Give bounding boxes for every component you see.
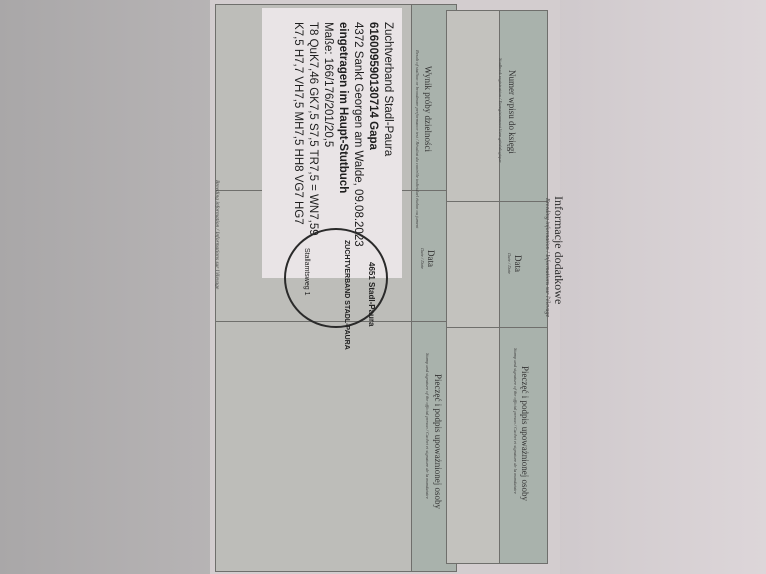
label-line-scores: T8 QuK7,46 GK7,5 S7,5 TR7,5 = WN7,59 [305, 22, 320, 247]
studbook-table [446, 10, 548, 564]
label-line-association: Zuchtverband Stadl-Paura [380, 22, 395, 247]
performance-date-label: Data [426, 250, 436, 267]
performance-stamp-label: Pieczęć i podpis upoważnionej osoby [433, 374, 443, 509]
studbook-stamp-sub: Stamp and signature of the official pers… [513, 348, 518, 494]
stamp-inner-text: ZUCHTVERBAND STADL-PAURA [343, 240, 350, 350]
document-title: Informacje dodatkowe [551, 196, 566, 304]
footer-note: Breeding information / Informations sur … [214, 180, 220, 289]
divider [447, 201, 547, 202]
label-text: Zuchtverband Stadl-Paura 616009590130714… [290, 22, 395, 247]
performance-stamp-sub: Stamp and signature of the official pers… [425, 353, 430, 499]
background-right [555, 0, 766, 574]
studbook-header-sub: Studbook registration / Enregistrement l… [498, 58, 503, 162]
divider [447, 327, 547, 328]
background-left [0, 0, 215, 574]
label-line-measurements: Maße: 166/176/201/20,5 [320, 22, 335, 247]
label-line-registration: eingetragen im Haupt-Stutbuch [335, 22, 350, 247]
performance-header-sub: Result of stallion or broodmare performa… [415, 50, 420, 228]
label-line-location: 4372 Sankt Georgen am Walde, 09.08.2023 [350, 22, 365, 247]
stamp-outer-text: 4651 Stadl-Paura [367, 262, 376, 326]
studbook-date-label: Data [513, 255, 523, 272]
label-line-id: 616009590130714 Gapa [365, 22, 380, 247]
studbook-stamp-label: Pieczęć i podpis upoważnionej osoby [520, 366, 530, 501]
studbook-date-sub: Date / Date [507, 253, 512, 274]
studbook-header: Numer wpisu do księgi [507, 70, 517, 154]
stamp-bottom-text: Stallamtsweg 1 [303, 248, 310, 295]
document-subtitle: Breeding information / Informations sur … [544, 198, 550, 317]
performance-header: Wynik próby dzielności [423, 66, 433, 152]
label-line-scores-2: K7,5 H7,7 VH7,5 MH7,5 HH8 VG7 HG7 [290, 22, 305, 247]
performance-date-sub: Date / Date [420, 248, 425, 269]
